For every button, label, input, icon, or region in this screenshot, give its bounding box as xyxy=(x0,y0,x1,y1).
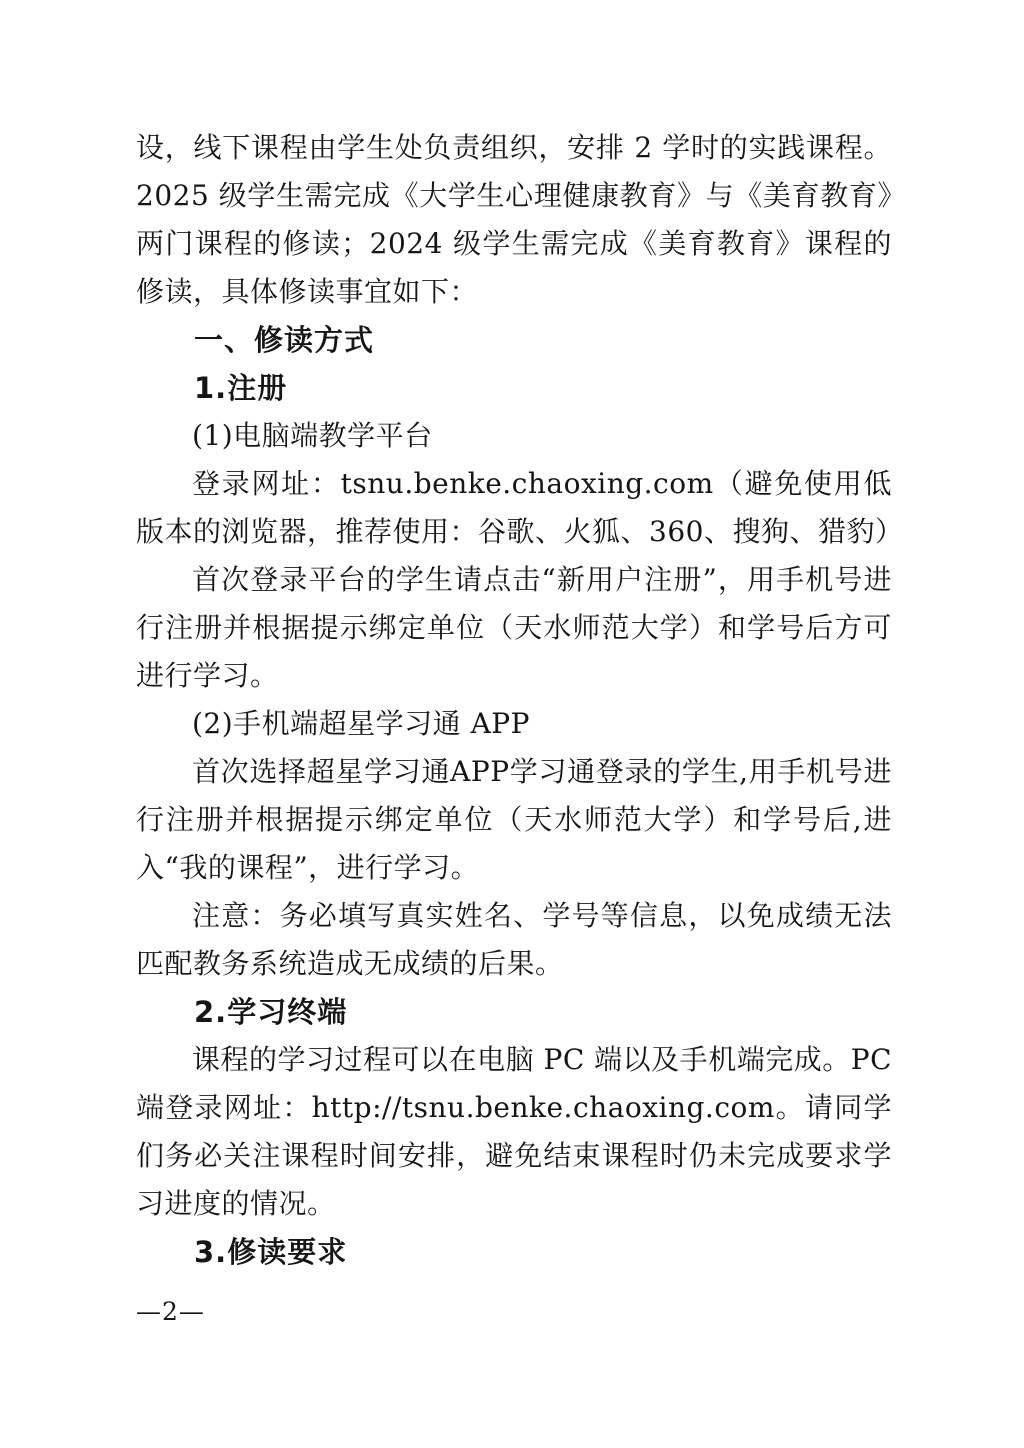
document-body: 设，线下课程由学生处负责组织，安排 2 学时的实践课程。2025 级学生需完成《… xyxy=(136,124,892,1276)
paragraph-first-login-pc: 首次登录平台的学生请点击“新用户注册”，用手机号进行注册并根据提示绑定单位（天水… xyxy=(136,556,892,700)
paragraph-learning-process: 课程的学习过程可以在电脑 PC 端以及手机端完成。PC 端登录网址：http:/… xyxy=(136,1036,892,1228)
paragraph-notice-real-name: 注意：务必填写真实姓名、学号等信息，以免成绩无法匹配教务系统造成无成绩的后果。 xyxy=(136,892,892,988)
paragraph-login-url-browsers: 登录网址：tsnu.benke.chaoxing.com（避免使用低版本的浏览器… xyxy=(136,460,892,556)
heading-subsection-1-register: 1.注册 xyxy=(136,364,892,412)
paragraph-mobile-app-label: (2)手机端超星学习通 APP xyxy=(136,700,892,748)
document-page: 设，线下课程由学生处负责组织，安排 2 学时的实践课程。2025 级学生需完成《… xyxy=(0,0,1024,1448)
heading-subsection-2-learning-terminal: 2.学习终端 xyxy=(136,988,892,1036)
page-number: —2— xyxy=(136,1288,205,1336)
paragraph-pc-platform-label: (1)电脑端教学平台 xyxy=(136,412,892,460)
paragraph-first-login-app: 首次选择超星学习通APP学习通登录的学生,用手机号进行注册并根据提示绑定单位（天… xyxy=(136,748,892,892)
heading-subsection-3-requirements: 3.修读要求 xyxy=(136,1228,892,1276)
heading-section-1-repayment-method: 一、修读方式 xyxy=(136,316,892,364)
paragraph-intro-continuation: 设，线下课程由学生处负责组织，安排 2 学时的实践课程。2025 级学生需完成《… xyxy=(136,124,892,316)
